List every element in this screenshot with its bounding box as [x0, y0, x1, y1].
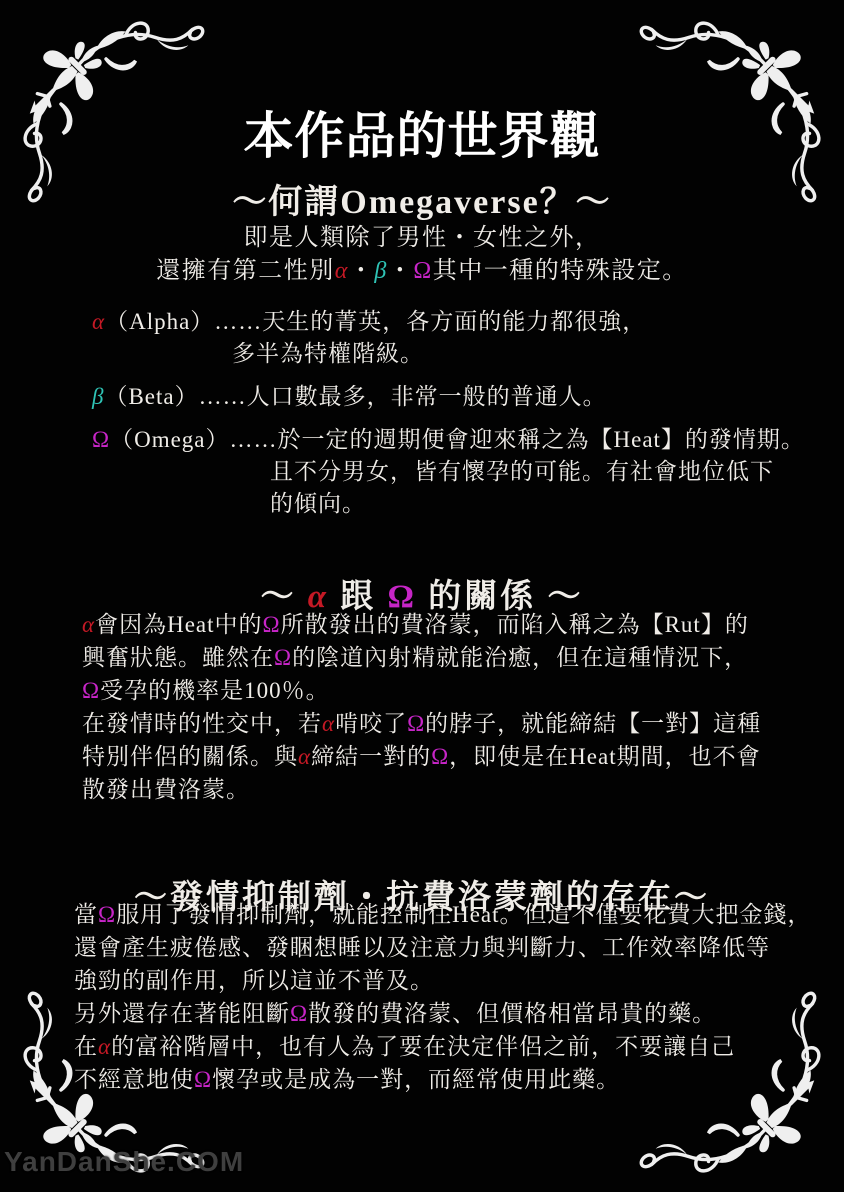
text-line: 興奮狀態。雖然在Ω的陰道內射精就能治癒，但在這種情況下，	[82, 641, 812, 674]
text-segment: 當	[74, 902, 98, 927]
intro-text: 即是人類除了男性・女性之外，還擁有第二性別α・β・Ω其中一種的特殊設定。	[0, 222, 844, 288]
text-segment: 懷孕或是成為一對，而經常使用此藥。	[212, 1067, 620, 1092]
text-segment: 散發的費洛蒙、但價格相當昂貴的藥。	[308, 1001, 716, 1026]
beta-letter: β	[92, 384, 104, 409]
text-line: 強勁的副作用，所以這並不普及。	[74, 964, 814, 997]
omega-letter: Ω	[92, 427, 110, 452]
text-segment: 締結一對的	[311, 744, 431, 769]
page-title: 本作品的世界觀	[0, 96, 844, 168]
omega-letter: Ω	[290, 1001, 308, 1026]
text-segment: 其中一種的特殊設定。	[433, 258, 688, 284]
text-line: β（Beta）……人口數最多，非常一般的普通人。	[92, 381, 812, 413]
text-segment: 的富裕階層中，也有人為了要在決定伴侶之前，不要讓自己	[111, 1034, 735, 1059]
text-line: 還會產生疲倦感、發睏想睡以及注意力與判斷力、工作效率降低等	[74, 931, 814, 964]
text-segment: ・	[388, 258, 414, 284]
omega-letter: Ω	[82, 678, 100, 703]
text-segment: 還擁有第二性別	[156, 258, 335, 284]
text-line: Ω受孕的機率是100％。	[82, 674, 812, 707]
text-segment: 在	[74, 1034, 98, 1059]
text-segment: 即是人類除了男性・女性之外，	[244, 225, 601, 251]
section-body-suppressants: 當Ω服用了發情抑制劑，就能控制住Heat。但這不僅要花費大把金錢，還會產生疲倦感…	[74, 898, 814, 1096]
world-setting-page: 本作品的世界觀 ～何謂Omegaverse？～ 即是人類除了男性・女性之外，還擁…	[0, 0, 844, 1192]
gender-definitions-list: α（Alpha）……天生的菁英，各方面的能力都很強，多半為特權階級。β（Beta…	[92, 306, 812, 520]
text-segment: 受孕的機率是100％。	[100, 678, 330, 703]
alpha-letter: α	[98, 1034, 111, 1059]
text-line: 還擁有第二性別α・β・Ω其中一種的特殊設定。	[0, 255, 844, 288]
text-segment: 且不分男女，皆有懷孕的可能。有社會地位低下	[270, 459, 774, 484]
text-line: 多半為特權階級。	[92, 338, 812, 370]
text-segment: （Alpha）……天生的菁英，各方面的能力都很強，	[105, 309, 646, 334]
page-subtitle: ～何謂Omegaverse？～	[0, 174, 844, 223]
text-segment: 的脖子，就能締結【一對】這種	[425, 711, 761, 736]
alpha-letter: α	[335, 258, 349, 284]
text-line: 的傾向。	[92, 488, 812, 520]
text-line: 散發出費洛蒙。	[82, 773, 812, 806]
section-body-alpha-omega-relation: α會因為Heat中的Ω所散發出的費洛蒙，而陷入稱之為【Rut】的興奮狀態。雖然在…	[82, 608, 812, 806]
text-segment: 啃咬了	[335, 711, 407, 736]
text-line: 在α的富裕階層中，也有人為了要在決定伴侶之前，不要讓自己	[74, 1030, 814, 1063]
alpha-letter: α	[322, 711, 335, 736]
text-line: 在發情時的性交中，若α啃咬了Ω的脖子，就能締結【一對】這種	[82, 707, 812, 740]
alpha-letter: α	[92, 309, 105, 334]
beta-letter: β	[374, 258, 387, 284]
omega-letter: Ω	[98, 902, 116, 927]
text-segment: 會因為Heat中的	[95, 612, 262, 637]
text-segment: 的傾向。	[270, 491, 366, 516]
text-segment: 興奮狀態。雖然在	[82, 645, 274, 670]
text-line: 特別伴侶的關係。與α締結一對的Ω，即使是在Heat期間，也不會	[82, 740, 812, 773]
text-line: α（Alpha）……天生的菁英，各方面的能力都很強，	[92, 306, 812, 338]
text-segment: ，即使是在Heat期間，也不會	[449, 744, 760, 769]
text-segment: 所散發出的費洛蒙，而陷入稱之為【Rut】的	[281, 612, 749, 637]
omega-letter: Ω	[407, 711, 425, 736]
text-segment: 不經意地使	[74, 1067, 194, 1092]
text-line: 另外還存在著能阻斷Ω散發的費洛蒙、但價格相當昂貴的藥。	[74, 997, 814, 1030]
text-segment: 強勁的副作用，所以這並不普及。	[74, 968, 434, 993]
text-segment: 還會產生疲倦感、發睏想睡以及注意力與判斷力、工作效率降低等	[74, 935, 770, 960]
text-segment: 在發情時的性交中，若	[82, 711, 322, 736]
text-segment: 散發出費洛蒙。	[82, 777, 250, 802]
text-segment: 的陰道內射精就能治癒，但在這種情況下，	[292, 645, 748, 670]
text-line: 且不分男女，皆有懷孕的可能。有社會地位低下	[92, 456, 812, 488]
text-segment: （Omega）……於一定的週期便會迎來稱之為【Heat】的發情期。	[110, 427, 805, 452]
omega-letter: Ω	[274, 645, 292, 670]
text-segment: ・	[349, 258, 375, 284]
omega-letter: Ω	[263, 612, 281, 637]
watermark: YanDanShe.COM	[4, 1146, 244, 1178]
text-segment: 多半為特權階級。	[232, 341, 424, 366]
text-segment: 服用了發情抑制劑，就能控制住Heat。但這不僅要花費大把金錢，	[116, 902, 811, 927]
text-segment: 另外還存在著能阻斷	[74, 1001, 290, 1026]
omega-letter: Ω	[431, 744, 449, 769]
alpha-letter: α	[82, 612, 95, 637]
text-segment: （Beta）……人口數最多，非常一般的普通人。	[104, 384, 606, 409]
alpha-letter: α	[298, 744, 311, 769]
text-segment: 特別伴侶的關係。與	[82, 744, 298, 769]
text-line: 即是人類除了男性・女性之外，	[0, 222, 844, 255]
omega-letter: Ω	[413, 258, 432, 284]
text-line: α會因為Heat中的Ω所散發出的費洛蒙，而陷入稱之為【Rut】的	[82, 608, 812, 641]
omega-letter: Ω	[194, 1067, 212, 1092]
text-line: 不經意地使Ω懷孕或是成為一對，而經常使用此藥。	[74, 1063, 814, 1096]
text-line: Ω（Omega）……於一定的週期便會迎來稱之為【Heat】的發情期。	[92, 424, 812, 456]
text-line: 當Ω服用了發情抑制劑，就能控制住Heat。但這不僅要花費大把金錢，	[74, 898, 814, 931]
